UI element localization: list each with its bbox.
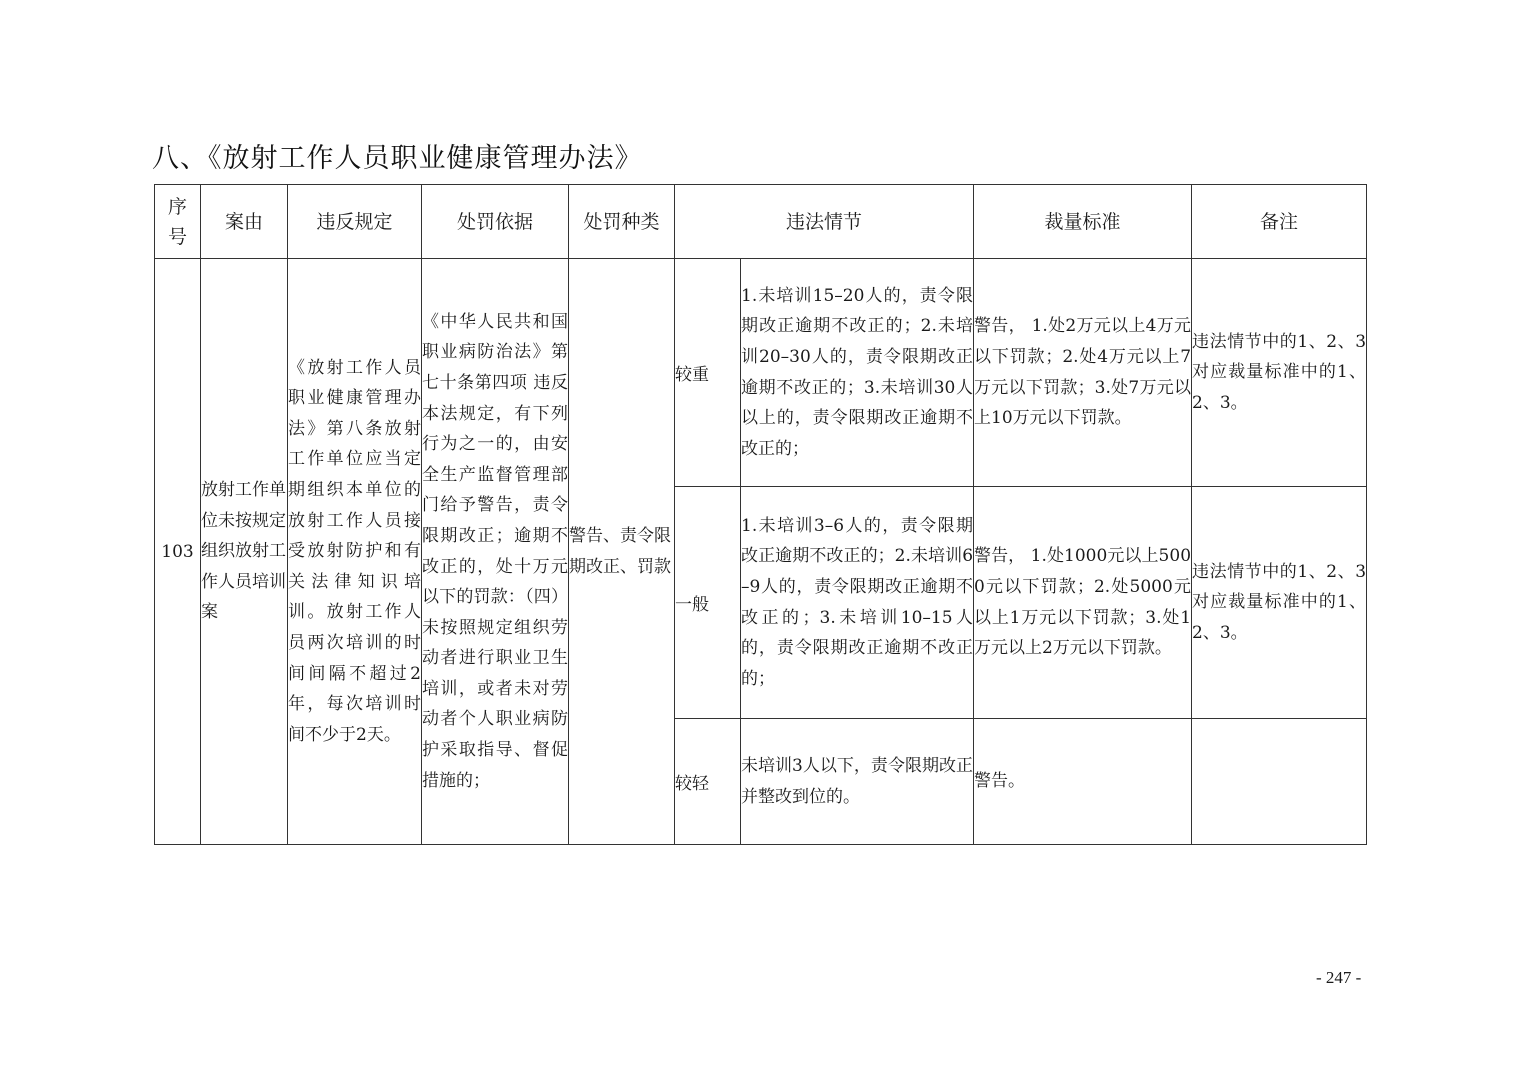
circumstance-general: 1.未培训3–6人的，责令限期改正逾期不改正的；2.未培训6–9人的，责令限期改… bbox=[741, 487, 974, 719]
page-title: 八、《放射工作人员职业健康管理办法》 bbox=[152, 136, 643, 175]
header-note: 备注 bbox=[1192, 185, 1367, 259]
note-serious: 违法情节中的1、2、3对应裁量标准中的1、2、3。 bbox=[1192, 259, 1367, 487]
header-circumstance: 违法情节 bbox=[675, 185, 974, 259]
level-serious: 较重 bbox=[675, 259, 741, 487]
level-minor: 较轻 bbox=[675, 719, 741, 845]
table-header-row: 序号 案由 违反规定 处罚依据 处罚种类 违法情节 裁量标准 备注 bbox=[155, 185, 1367, 259]
header-penalty-type: 处罚种类 bbox=[569, 185, 675, 259]
note-general: 违法情节中的1、2、3对应裁量标准中的1、2、3。 bbox=[1192, 487, 1367, 719]
header-violated-rule: 违反规定 bbox=[288, 185, 422, 259]
row-case: 放射工作单位未按规定组织放射工作人员培训案 bbox=[201, 259, 288, 845]
note-minor bbox=[1192, 719, 1367, 845]
penalty-table: 序号 案由 违反规定 处罚依据 处罚种类 违法情节 裁量标准 备注 103 放射… bbox=[154, 184, 1367, 845]
table-row: 103 放射工作单位未按规定组织放射工作人员培训案 《放射工作人员职业健康管理办… bbox=[155, 259, 1367, 487]
standard-minor: 警告。 bbox=[974, 719, 1192, 845]
row-penalty-type: 警告、责令限期改正、罚款 bbox=[569, 259, 675, 845]
header-standard: 裁量标准 bbox=[974, 185, 1192, 259]
standard-general: 警告， 1.处1000元以上5000元以下罚款；2.处5000元以上1万元以下罚… bbox=[974, 487, 1192, 719]
row-violated-rule: 《放射工作人员职业健康管理办法》第八条放射工作单位应当定期组织本单位的放射工作人… bbox=[288, 259, 422, 845]
level-general: 一般 bbox=[675, 487, 741, 719]
circumstance-serious: 1.未培训15–20人的，责令限期改正逾期不改正的；2.未培训20–30人的，责… bbox=[741, 259, 974, 487]
circumstance-minor: 未培训3人以下，责令限期改正并整改到位的。 bbox=[741, 719, 974, 845]
header-penalty-basis: 处罚依据 bbox=[422, 185, 569, 259]
row-seq: 103 bbox=[155, 259, 201, 845]
standard-serious: 警告， 1.处2万元以上4万元以下罚款；2.处4万元以上7万元以下罚款；3.处7… bbox=[974, 259, 1192, 487]
header-seq: 序号 bbox=[155, 185, 201, 259]
page-number: - 247 - bbox=[1316, 968, 1361, 988]
header-case: 案由 bbox=[201, 185, 288, 259]
row-penalty-basis: 《中华人民共和国职业病防治法》第七十条第四项 违反本法规定，有下列行为之一的，由… bbox=[422, 259, 569, 845]
